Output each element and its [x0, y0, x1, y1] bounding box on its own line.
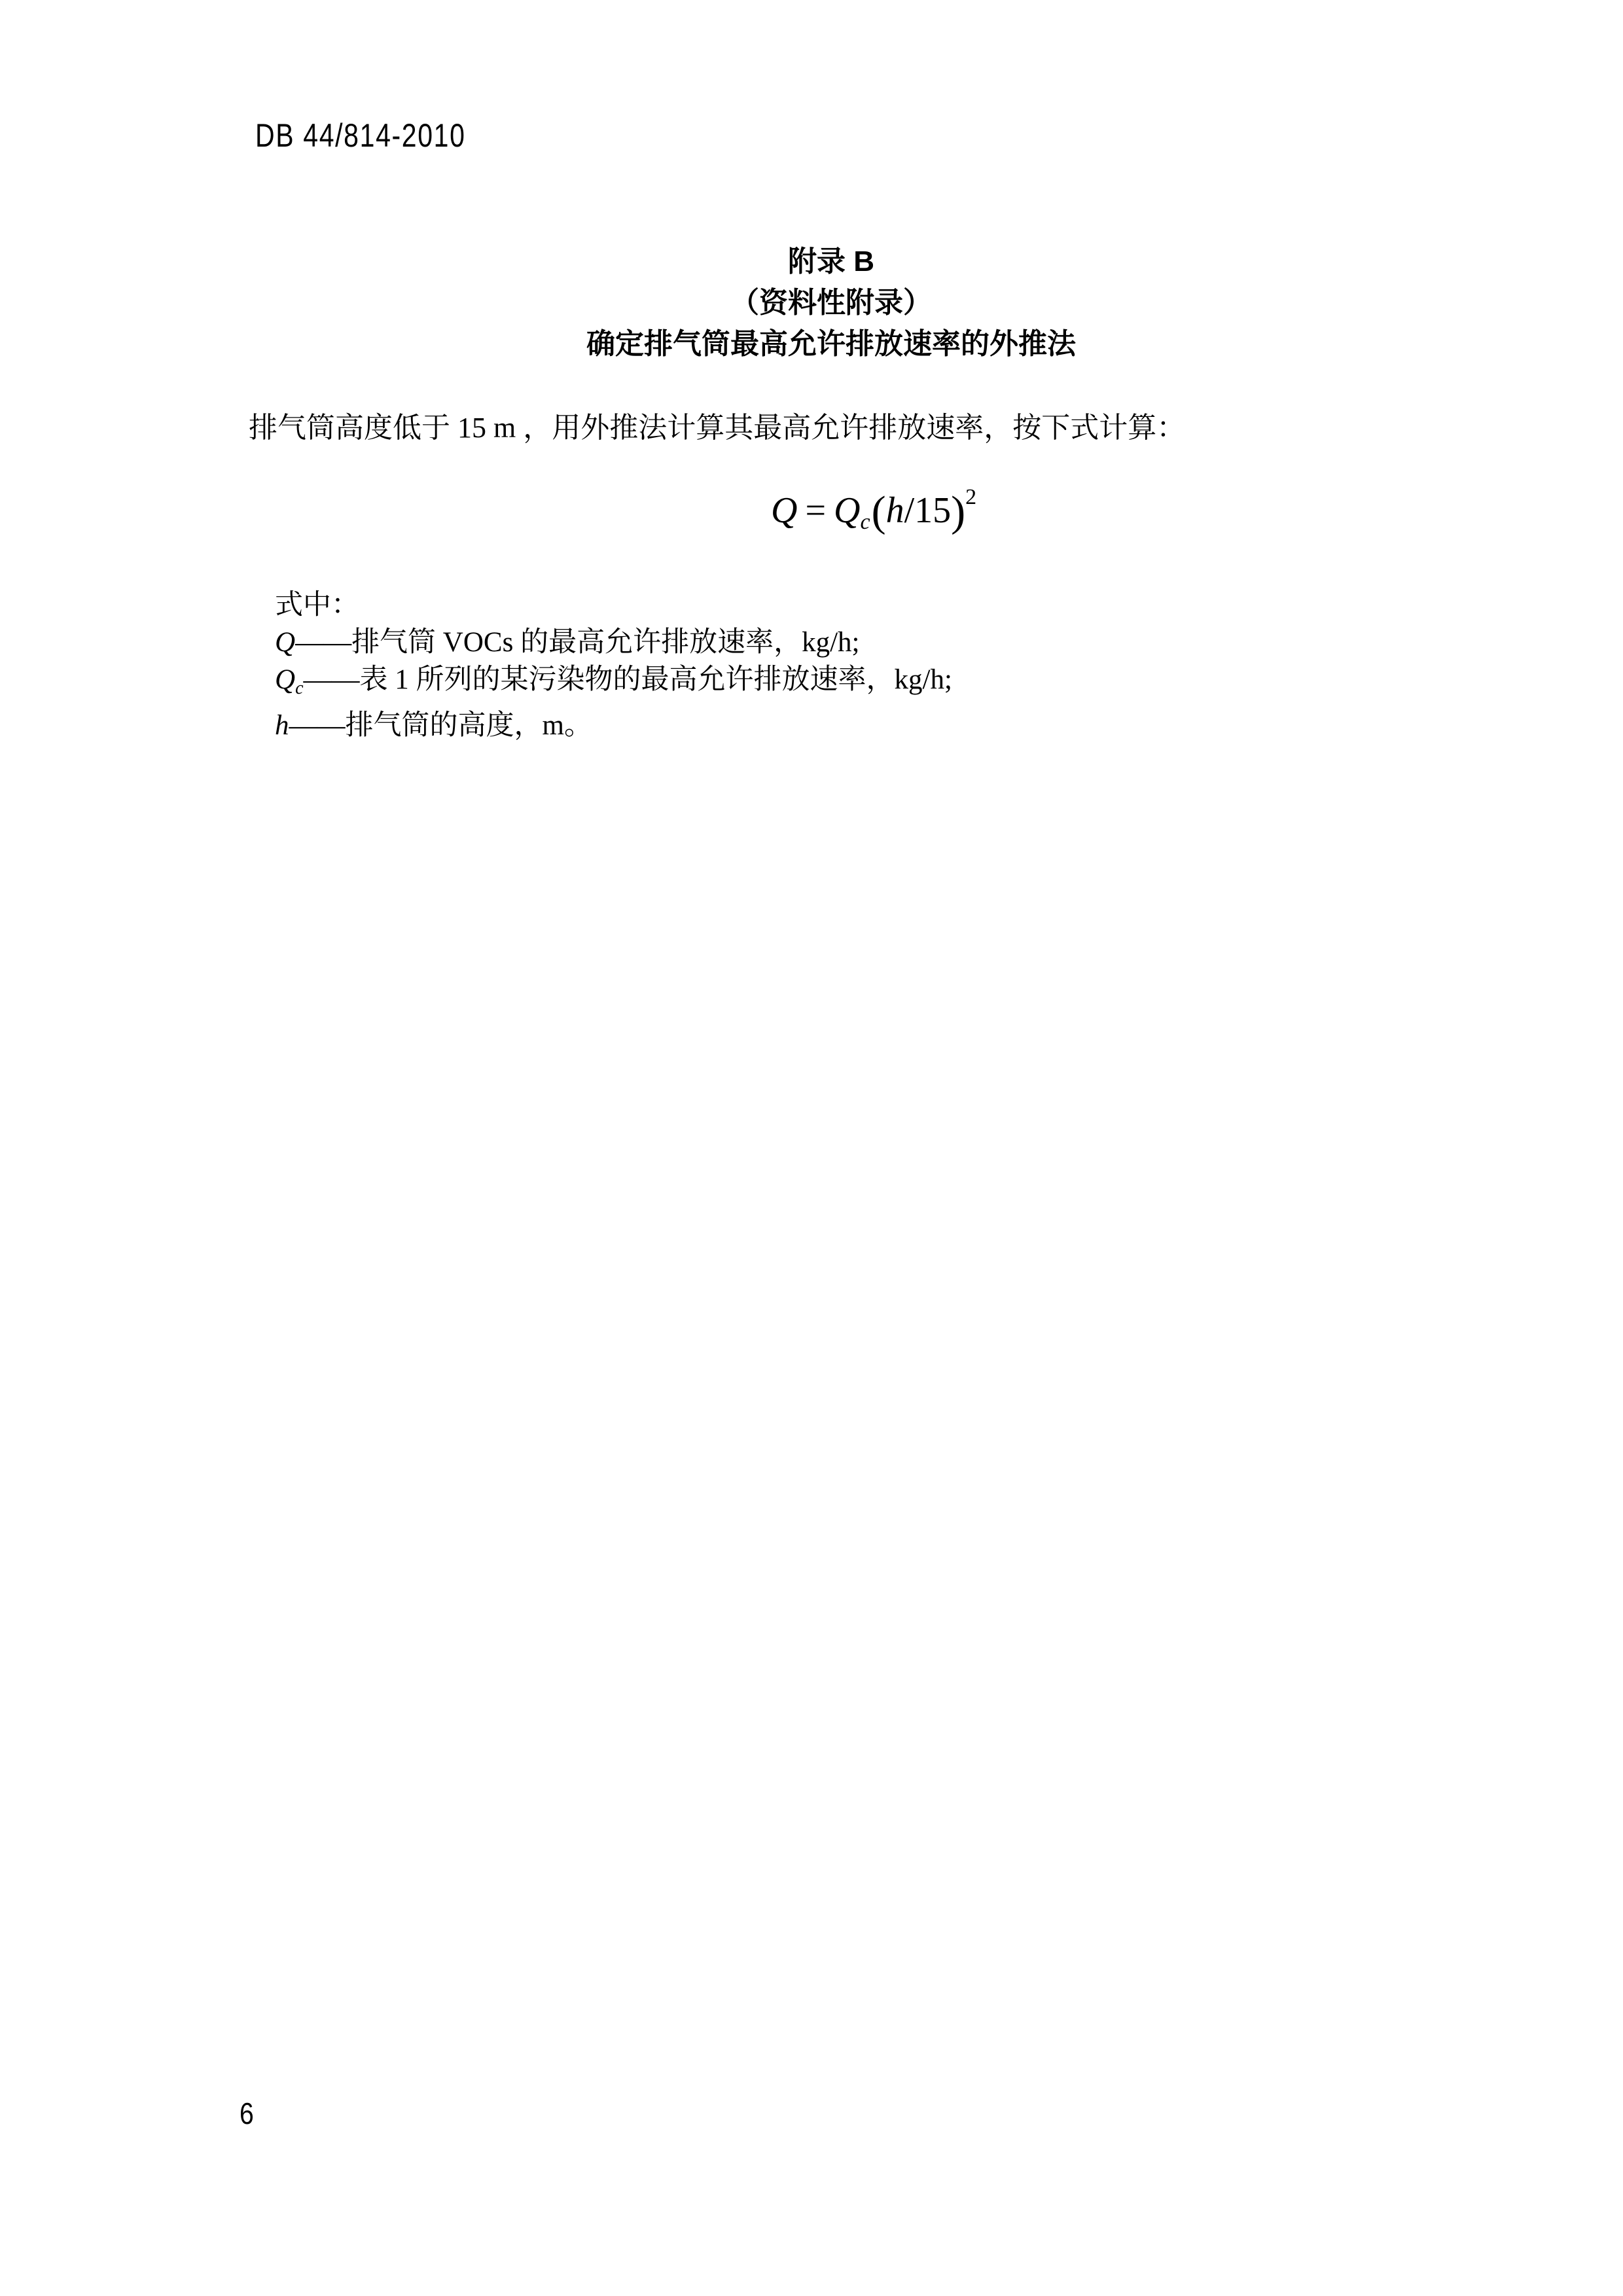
formula-exponent: 2 [965, 485, 976, 509]
em-dash: —— [304, 664, 360, 695]
em-dash: —— [295, 627, 351, 658]
definition-h-text: 排气筒的高度，m。 [346, 710, 592, 741]
definition-qc: Qc——表 1 所列的某污染物的最高允许排放速率，kg/h; [275, 661, 952, 707]
definition-qc-symbol: Q [275, 664, 295, 695]
definition-q-symbol: Q [275, 627, 295, 658]
formula-divisor: /15 [904, 490, 952, 531]
formula-open-paren: ( [872, 488, 886, 535]
appendix-type-label: （资料性附录） [249, 282, 1414, 323]
standard-number: DB 44/814-2010 [255, 119, 466, 152]
where-label: 式中： [275, 586, 952, 624]
intro-paragraph: 排气筒高度低于 15 m ，用外推法计算其最高允许排放速率，按下式计算： [249, 411, 1420, 445]
em-dash: —— [289, 710, 346, 741]
formula-close-paren: ) [951, 488, 965, 535]
definition-q: Q——排气筒 VOCs 的最高允许排放速率，kg/h; [275, 624, 952, 661]
definition-qc-text: 表 1 所列的某污染物的最高允许排放速率，kg/h; [360, 664, 952, 695]
formula-rhs-base: Q [834, 490, 860, 531]
formula-lhs: Q [771, 490, 797, 531]
document-page: DB 44/814-2010 附录 B （资料性附录） 确定排气筒最高允许排放速… [0, 0, 1623, 2296]
formula-emission-rate: Q=Qc(h/15)2 [771, 484, 976, 548]
appendix-heading: 确定排气筒最高允许排放速率的外推法 [249, 323, 1414, 365]
formula-numerator: h [886, 490, 904, 531]
formula-subscript: c [861, 510, 870, 534]
definition-q-text: 排气筒 VOCs 的最高允许排放速率，kg/h; [351, 627, 859, 658]
where-block: 式中： Q——排气筒 VOCs 的最高允许排放速率，kg/h; Qc——表 1 … [275, 586, 952, 744]
appendix-title-block: 附录 B （资料性附录） 确定排气筒最高允许排放速率的外推法 [249, 241, 1414, 365]
appendix-label: 附录 B [249, 241, 1414, 282]
definition-h-symbol: h [275, 710, 289, 741]
page-number: 6 [240, 2098, 254, 2128]
definition-h: h——排气筒的高度，m。 [275, 707, 952, 744]
definition-qc-subscript: c [295, 678, 303, 698]
formula-equals-sign: = [805, 484, 826, 537]
